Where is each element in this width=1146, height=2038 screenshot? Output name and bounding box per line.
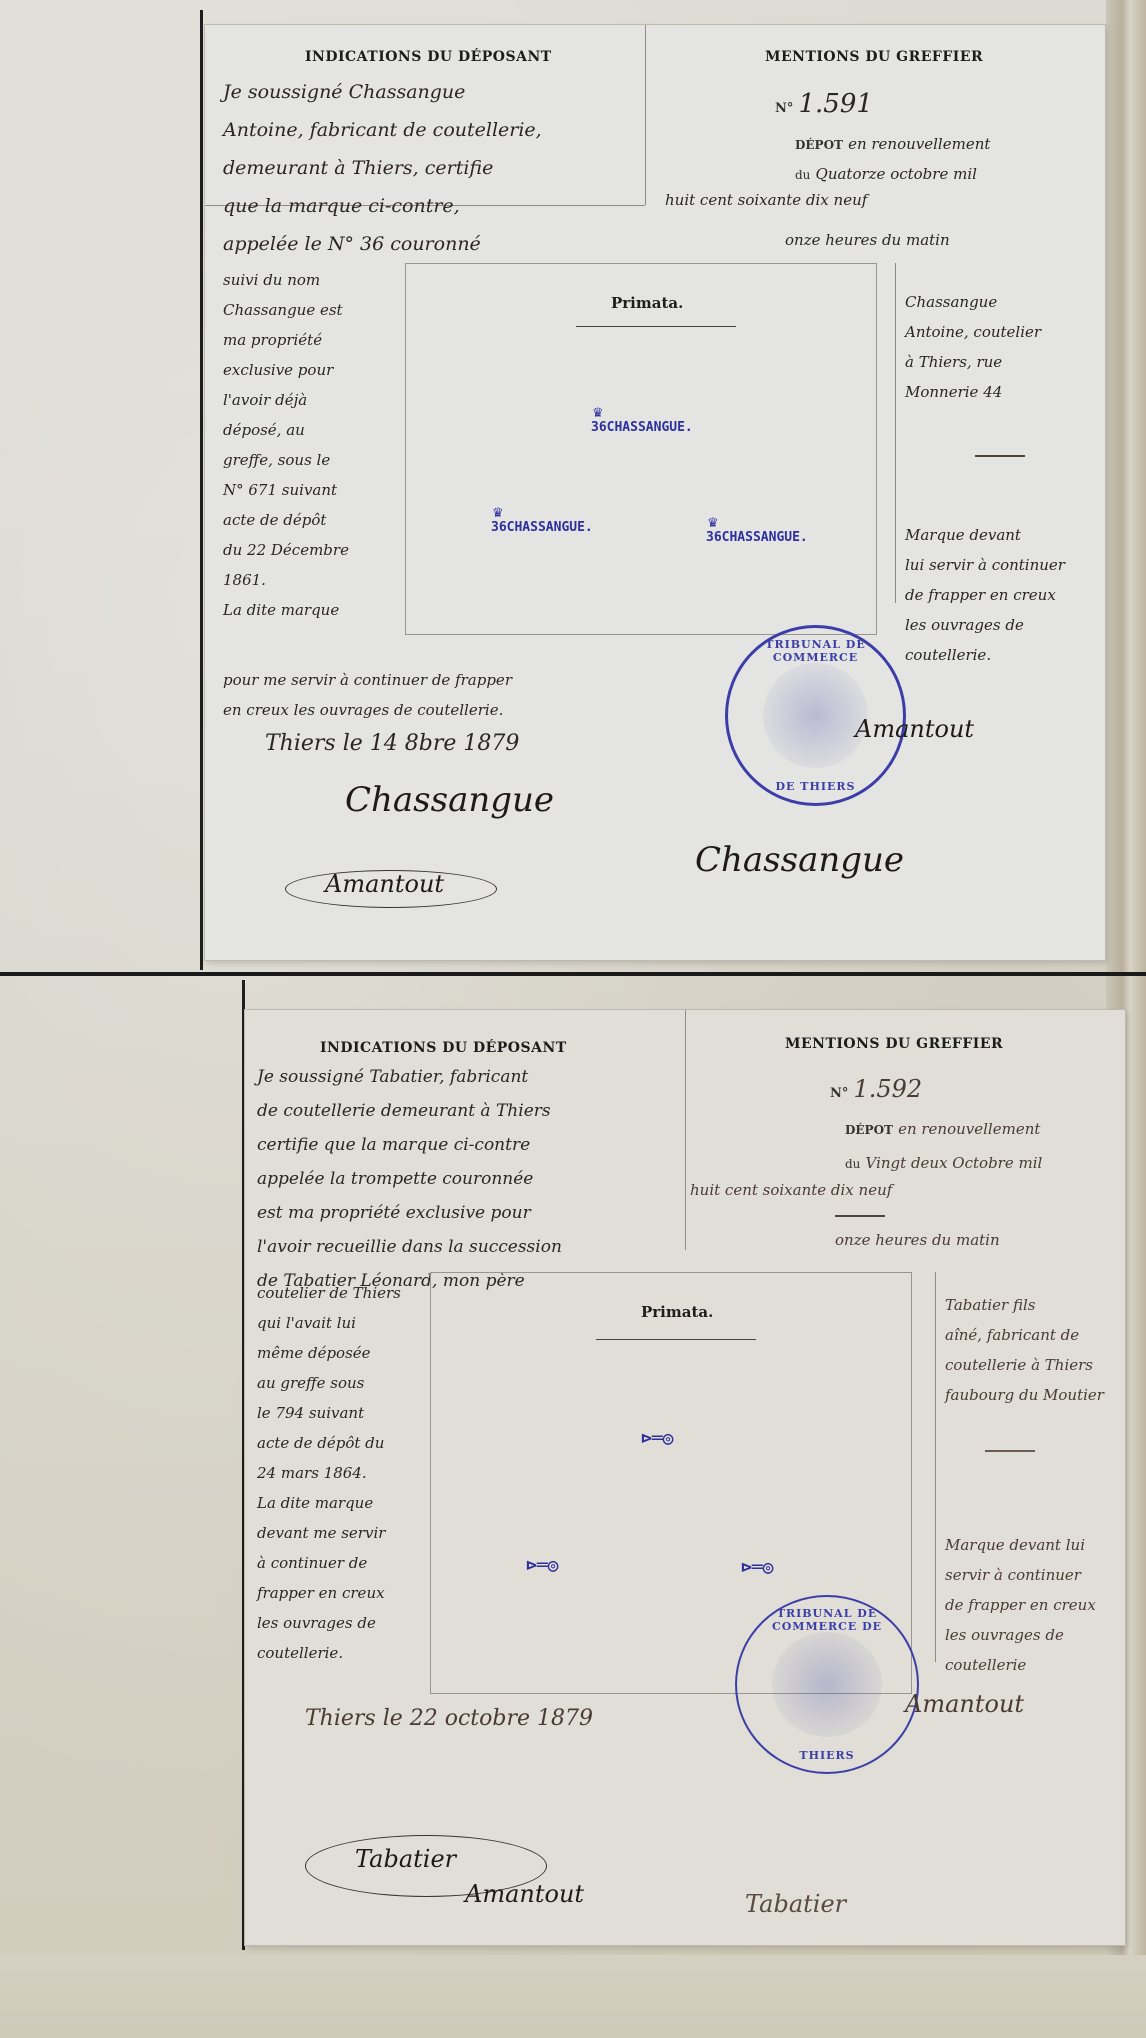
number-value: 1.591 [798, 89, 872, 119]
trademark-impression: ♛ 36CHASSANGUE. [591, 404, 693, 435]
greffier-column-rule [895, 263, 896, 603]
date-prefix: du [845, 1157, 860, 1171]
signature-greffier: Amantout [465, 1880, 584, 1908]
declaration-side-text: suivi du nom Chassangue est ma propriété… [223, 265, 349, 625]
date-text-1: Vingt deux Octobre mil [866, 1154, 1043, 1172]
date-text-2: huit cent soixante dix neuf [665, 185, 867, 215]
right-column-header: MENTIONS DU GREFFIER [785, 1036, 1003, 1052]
depot-text: en renouvellement [848, 135, 990, 153]
crown-icon: ♛ [493, 504, 593, 520]
signature-depositor: Tabatier [355, 1845, 456, 1873]
depot-line: DÉPOT en renouvellement [845, 1114, 1040, 1144]
signature-flourish-loop [285, 870, 497, 908]
number-label: N° [775, 101, 793, 116]
signature-depositor-2: Tabatier [745, 1890, 846, 1918]
greffier-note-text: Marque devant lui servir à continuer de … [945, 1530, 1096, 1680]
stamp-upper-text: TRIBUNAL DE COMMERCE [728, 638, 903, 664]
trademark-impression: ♛ 36CHASSANGUE. [491, 504, 593, 535]
depot-line: DÉPOT en renouvellement [795, 129, 990, 159]
primata-label: Primata. [641, 1303, 713, 1321]
primata-label: Primata. [611, 294, 683, 312]
date-line: du Vingt deux Octobre mil [845, 1148, 1042, 1178]
greffier-depositor-text: Chassangue Antoine, coutelier à Thiers, … [905, 287, 1041, 407]
mark-text: 36CHASSANGUE. [591, 420, 693, 435]
right-column-header: MENTIONS DU GREFFIER [765, 49, 983, 65]
stamp-lower-text: DE THIERS [728, 780, 903, 793]
signature-greffier: Amantout [325, 870, 444, 898]
separator-dash [985, 1450, 1035, 1452]
declaration-text: Je soussigné Chassangue Antoine, fabrica… [223, 73, 542, 263]
place-date: Thiers le 22 octobre 1879 [305, 1700, 593, 1738]
greffier-column-rule [935, 1272, 936, 1662]
place-date: Thiers le 14 8bre 1879 [265, 725, 519, 763]
signature-greffier-text: Amantout [855, 715, 974, 743]
registration-number: N° 1.591 [775, 85, 873, 123]
date-text-1: Quatorze octobre mil [816, 165, 977, 183]
greffier-depositor-text: Tabatier fils aîné, fabricant de coutell… [945, 1290, 1104, 1410]
torn-page-edge [0, 1955, 1146, 2038]
separator-dash [975, 455, 1025, 457]
date-text-2: huit cent soixante dix neuf [690, 1175, 892, 1205]
mark-text: 36CHASSANGUE. [491, 520, 593, 535]
date-prefix: du [795, 168, 810, 182]
column-divider [685, 1010, 686, 1250]
primata-rule [596, 1339, 756, 1340]
registration-number: N° 1.592 [830, 1070, 922, 1108]
trumpet-icon: ⊳═◎ [741, 1557, 774, 1578]
left-column-header: INDICATIONS DU DÉPOSANT [305, 49, 552, 65]
ledger-horizontal-rule [0, 972, 1146, 976]
number-label: N° [830, 1086, 848, 1101]
trumpet-icon: ⊳═◎ [526, 1555, 559, 1576]
time-text: onze heures du matin [785, 225, 950, 255]
separator-dash [835, 1215, 885, 1217]
ledger-margin-rule-top [200, 10, 203, 970]
signature-greffier-2: Amantout [905, 1690, 1024, 1718]
trademark-impression: ♛ 36CHASSANGUE. [706, 514, 808, 545]
crown-icon: ♛ [708, 514, 808, 530]
greffier-note-text: Marque devant lui servir à continuer de … [905, 520, 1065, 670]
number-value: 1.592 [853, 1075, 922, 1103]
depot-text: en renouvellement [898, 1120, 1040, 1138]
tribunal-seal-stamp: TRIBUNAL DE COMMERCE DE THIERS [735, 1595, 919, 1774]
seal-emblem [772, 1632, 882, 1737]
mark-text: 36CHASSANGUE. [706, 530, 808, 545]
stamp-upper-text: TRIBUNAL DE COMMERCE DE [737, 1607, 917, 1633]
declaration-text: Je soussigné Tabatier, fabricant de cout… [257, 1060, 562, 1298]
stamp-lower-text: THIERS [737, 1749, 917, 1762]
signature-depositor-2: Chassangue [695, 840, 904, 880]
left-column-header: INDICATIONS DU DÉPOSANT [320, 1040, 567, 1056]
time-text: onze heures du matin [835, 1225, 1000, 1255]
column-divider [645, 25, 646, 205]
signature-greffier-2: Amantout [855, 715, 974, 743]
declaration-bottom-text: pour me servir à continuer de frapper en… [223, 665, 512, 725]
declaration-side-text: coutelier de Thiers qui l'avait lui même… [257, 1278, 401, 1668]
trumpet-icon: ⊳═◎ [641, 1428, 674, 1449]
registration-form-1591: INDICATIONS DU DÉPOSANT MENTIONS DU GREF… [205, 25, 1105, 960]
registration-form-1592: INDICATIONS DU DÉPOSANT MENTIONS DU GREF… [245, 1010, 1125, 1945]
depot-label: DÉPOT [845, 1123, 893, 1137]
seal-emblem [763, 663, 868, 768]
primata-rule [576, 326, 736, 327]
signature-depositor: Chassangue [345, 780, 554, 820]
crown-icon: ♛ [593, 404, 693, 420]
mark-box: Primata. ♛ 36CHASSANGUE. ♛ 36CHASSANGUE.… [405, 263, 877, 635]
depot-label: DÉPOT [795, 138, 843, 152]
